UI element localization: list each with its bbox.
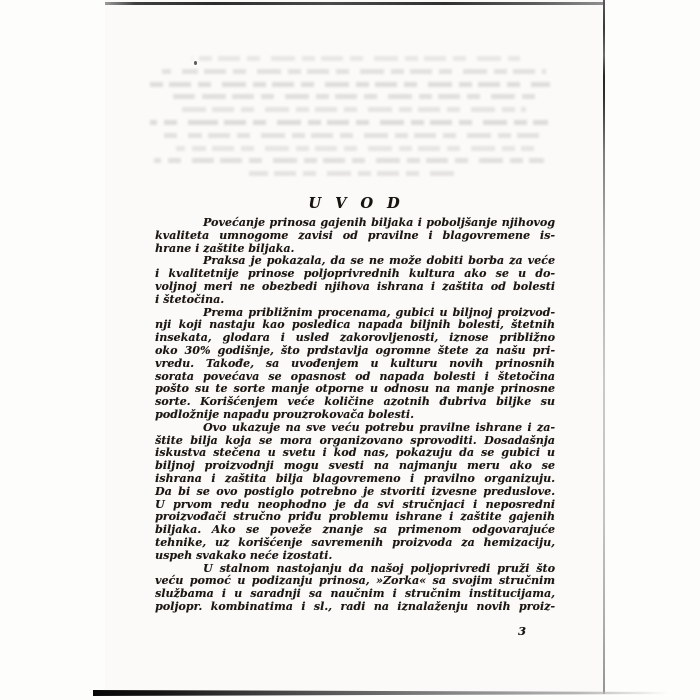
text-line: uspeh svakako neće izostati.	[155, 550, 555, 563]
page-title: U V O D	[155, 195, 555, 212]
text-line: podložnije napadu prouzrokovača bolesti.	[155, 409, 555, 422]
bleed-through-text	[150, 56, 556, 184]
text-line: vredu. Takođe, sa uvođenjem u kulturu no…	[155, 358, 555, 371]
text-line: Ovo ukazuje na sve veću potrebu pravilne…	[155, 422, 555, 435]
page-number: 3	[518, 624, 538, 638]
text-line: ishrana i zaštita bilja blagovremeno i p…	[155, 473, 555, 486]
text-line: kvaliteta umnogome zavisi od pravilne i …	[155, 230, 555, 243]
ghost-line	[192, 56, 520, 61]
text-line: i štetočina.	[155, 294, 555, 307]
ghost-line	[246, 171, 458, 176]
ghost-line	[150, 82, 550, 87]
ghost-line	[172, 94, 540, 99]
text-line: biljaka. Ako se poveže znanje sa primeno…	[155, 524, 555, 537]
text-line: Povećanje prinosa gajenih biljaka i pobo…	[155, 217, 555, 230]
scanned-book-page: U V O D Povećanje prinosa gajenih biljak…	[0, 0, 700, 700]
text-line: oko 30% godišnje, što prdstavlja ogromne…	[155, 345, 555, 358]
ghost-line	[176, 146, 534, 151]
body-text: Povećanje prinosa gajenih biljaka i pobo…	[155, 217, 555, 614]
ghost-line	[150, 120, 548, 125]
ghost-line	[182, 107, 526, 112]
scan-edge-right	[603, 0, 605, 694]
scan-edge-top	[105, 2, 604, 5]
ghost-line	[154, 158, 544, 163]
text-line: tehnike, uz korišćenje savremenih proizv…	[155, 537, 555, 550]
text-line: voljnoj meri ne obezbedi njihova ishrana…	[155, 281, 555, 294]
ghost-line	[158, 133, 540, 138]
text-line: Da bi se ovo postiglo potrebno je stvori…	[155, 486, 555, 499]
text-line: poljopr. kombinatima i sl., radi na izna…	[155, 601, 555, 614]
ghost-line	[162, 69, 546, 74]
text-line: službama i u saradnji sa naučnim i struč…	[155, 588, 555, 601]
